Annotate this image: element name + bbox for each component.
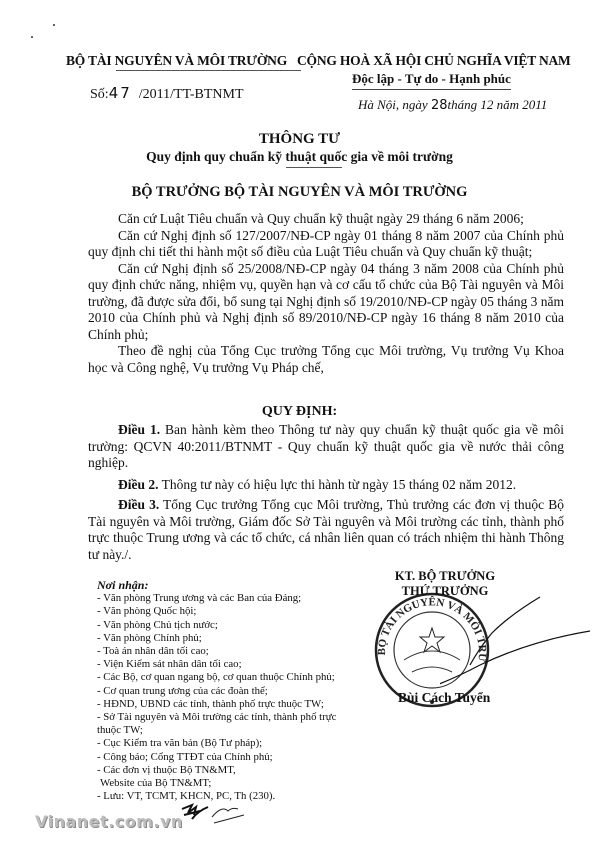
document-subject: Quy định quy chuẩn kỹ thuật quốc gia về … bbox=[0, 149, 599, 165]
number-suffix: /2011/TT-BTNMT bbox=[139, 87, 244, 102]
signatory-title: KT. BỘ TRƯỞNG THỨ TRƯỞNG bbox=[380, 569, 510, 599]
initials-scribble-icon bbox=[178, 801, 248, 827]
article-label: Điều 3. bbox=[118, 497, 159, 512]
document-number: Số:47 /2011/TT-BTNMT bbox=[90, 84, 244, 103]
recipient-item: - Văn phòng Quốc hội; bbox=[97, 605, 357, 618]
article-label: Điều 1. bbox=[118, 422, 160, 437]
signatory-name: Bùi Cách Tuyển bbox=[398, 690, 490, 706]
recipient-item: - Cơ quan trung ương của các đoàn thể; bbox=[97, 685, 357, 698]
article-3: Điều 3. Tổng Cục trưởng Tổng cục Môi trư… bbox=[88, 497, 564, 563]
signatory-line-2: THỨ TRƯỞNG bbox=[380, 584, 510, 599]
subject-underline bbox=[286, 167, 342, 168]
preamble: Căn cứ Luật Tiêu chuẩn và Quy chuẩn kỹ t… bbox=[88, 211, 564, 376]
preamble-paragraph: Theo đề nghị của Tổng Cục trưởng Tổng cụ… bbox=[88, 343, 564, 376]
recipient-item: - Văn phòng Chính phủ; bbox=[97, 632, 357, 645]
scan-speck bbox=[31, 36, 33, 38]
motto-text: Độc lập - Tự do - Hạnh phúc bbox=[352, 71, 511, 86]
recipient-item: - Viện Kiểm sát nhân dân tối cao; bbox=[97, 658, 357, 671]
republic-name: CỘNG HOÀ XÃ HỘI CHỦ NGHĨA VIỆT NAM bbox=[297, 53, 571, 69]
article-text: Thông tư này có hiệu lực thi hành từ ngà… bbox=[159, 477, 517, 492]
recipient-item: - Cục Kiểm tra văn bản (Bộ Tư pháp); bbox=[97, 737, 357, 750]
national-motto: Độc lập - Tự do - Hạnh phúc bbox=[352, 71, 511, 87]
document-type: THÔNG TƯ bbox=[0, 131, 599, 148]
recipient-item: - Các đơn vị thuộc Bộ TN&MT, bbox=[97, 764, 357, 777]
article-1: Điều 1. Ban hành kèm theo Thông tư này q… bbox=[88, 422, 564, 472]
recipient-item: - Công báo; Cổng TTĐT của Chính phủ; bbox=[97, 751, 357, 764]
article-text: Tổng Cục trưởng Tổng cục Môi trường, Thủ… bbox=[88, 497, 564, 562]
date-suffix: tháng 12 năm 2011 bbox=[448, 97, 548, 112]
preamble-paragraph: Căn cứ Nghị định số 25/2008/NĐ-CP ngày 0… bbox=[88, 261, 564, 344]
number-prefix: Số: bbox=[90, 87, 109, 102]
scan-speck bbox=[53, 24, 55, 26]
article-text: Ban hành kèm theo Thông tư này quy chuẩn… bbox=[88, 422, 564, 470]
ministry-label: BỘ TÀI NGUYÊN VÀ MÔI TRƯỜNG bbox=[66, 53, 287, 68]
recipient-item: - Văn phòng Chủ tịch nước; bbox=[97, 619, 357, 632]
issuer-heading: BỘ TRƯỞNG BỘ TÀI NGUYÊN VÀ MÔI TRƯỜNG bbox=[0, 184, 599, 201]
number-handwritten: 47 bbox=[109, 84, 132, 102]
decision-heading: QUY ĐỊNH: bbox=[0, 404, 599, 420]
signature-stroke-icon bbox=[440, 585, 599, 695]
recipient-item: - Toà án nhân dân tối cao; bbox=[97, 645, 357, 658]
recipient-item: - Văn phòng Trung ương và các Ban của Đả… bbox=[97, 592, 357, 605]
date-prefix: Hà Nội, ngày bbox=[358, 97, 428, 112]
site-watermark: Vinanet.com.vn bbox=[35, 812, 183, 831]
recipients-block: Nơi nhận: - Văn phòng Trung ương và các … bbox=[97, 579, 357, 803]
ministry-name: BỘ TÀI NGUYÊN VÀ MÔI TRƯỜNG bbox=[66, 53, 287, 69]
recipient-item: - Các Bộ, cơ quan ngang bộ, cơ quan thuộ… bbox=[97, 671, 357, 684]
issue-date: Hà Nội, ngày 28tháng 12 năm 2011 bbox=[358, 97, 547, 113]
preamble-paragraph: Căn cứ Luật Tiêu chuẩn và Quy chuẩn kỹ t… bbox=[88, 211, 564, 228]
recipients-heading: Nơi nhận: bbox=[97, 579, 357, 592]
motto-underline bbox=[352, 89, 511, 90]
articles: Điều 1. Ban hành kèm theo Thông tư này q… bbox=[88, 422, 564, 563]
recipient-item: - Sở Tài nguyên và Môi trường các tỉnh, … bbox=[97, 711, 357, 737]
ministry-underline bbox=[116, 70, 301, 71]
recipient-item: Website của Bộ TN&MT; bbox=[97, 777, 357, 790]
signatory-line-1: KT. BỘ TRƯỞNG bbox=[380, 569, 510, 584]
date-day-handwritten: 28 bbox=[431, 98, 448, 113]
preamble-paragraph: Căn cứ Nghị định số 127/2007/NĐ-CP ngày … bbox=[88, 228, 564, 261]
article-2: Điều 2. Thông tư này có hiệu lực thi hàn… bbox=[88, 477, 564, 494]
recipient-item: - HĐND, UBND các tỉnh, thành phố trực th… bbox=[97, 698, 357, 711]
article-label: Điều 2. bbox=[118, 477, 159, 492]
